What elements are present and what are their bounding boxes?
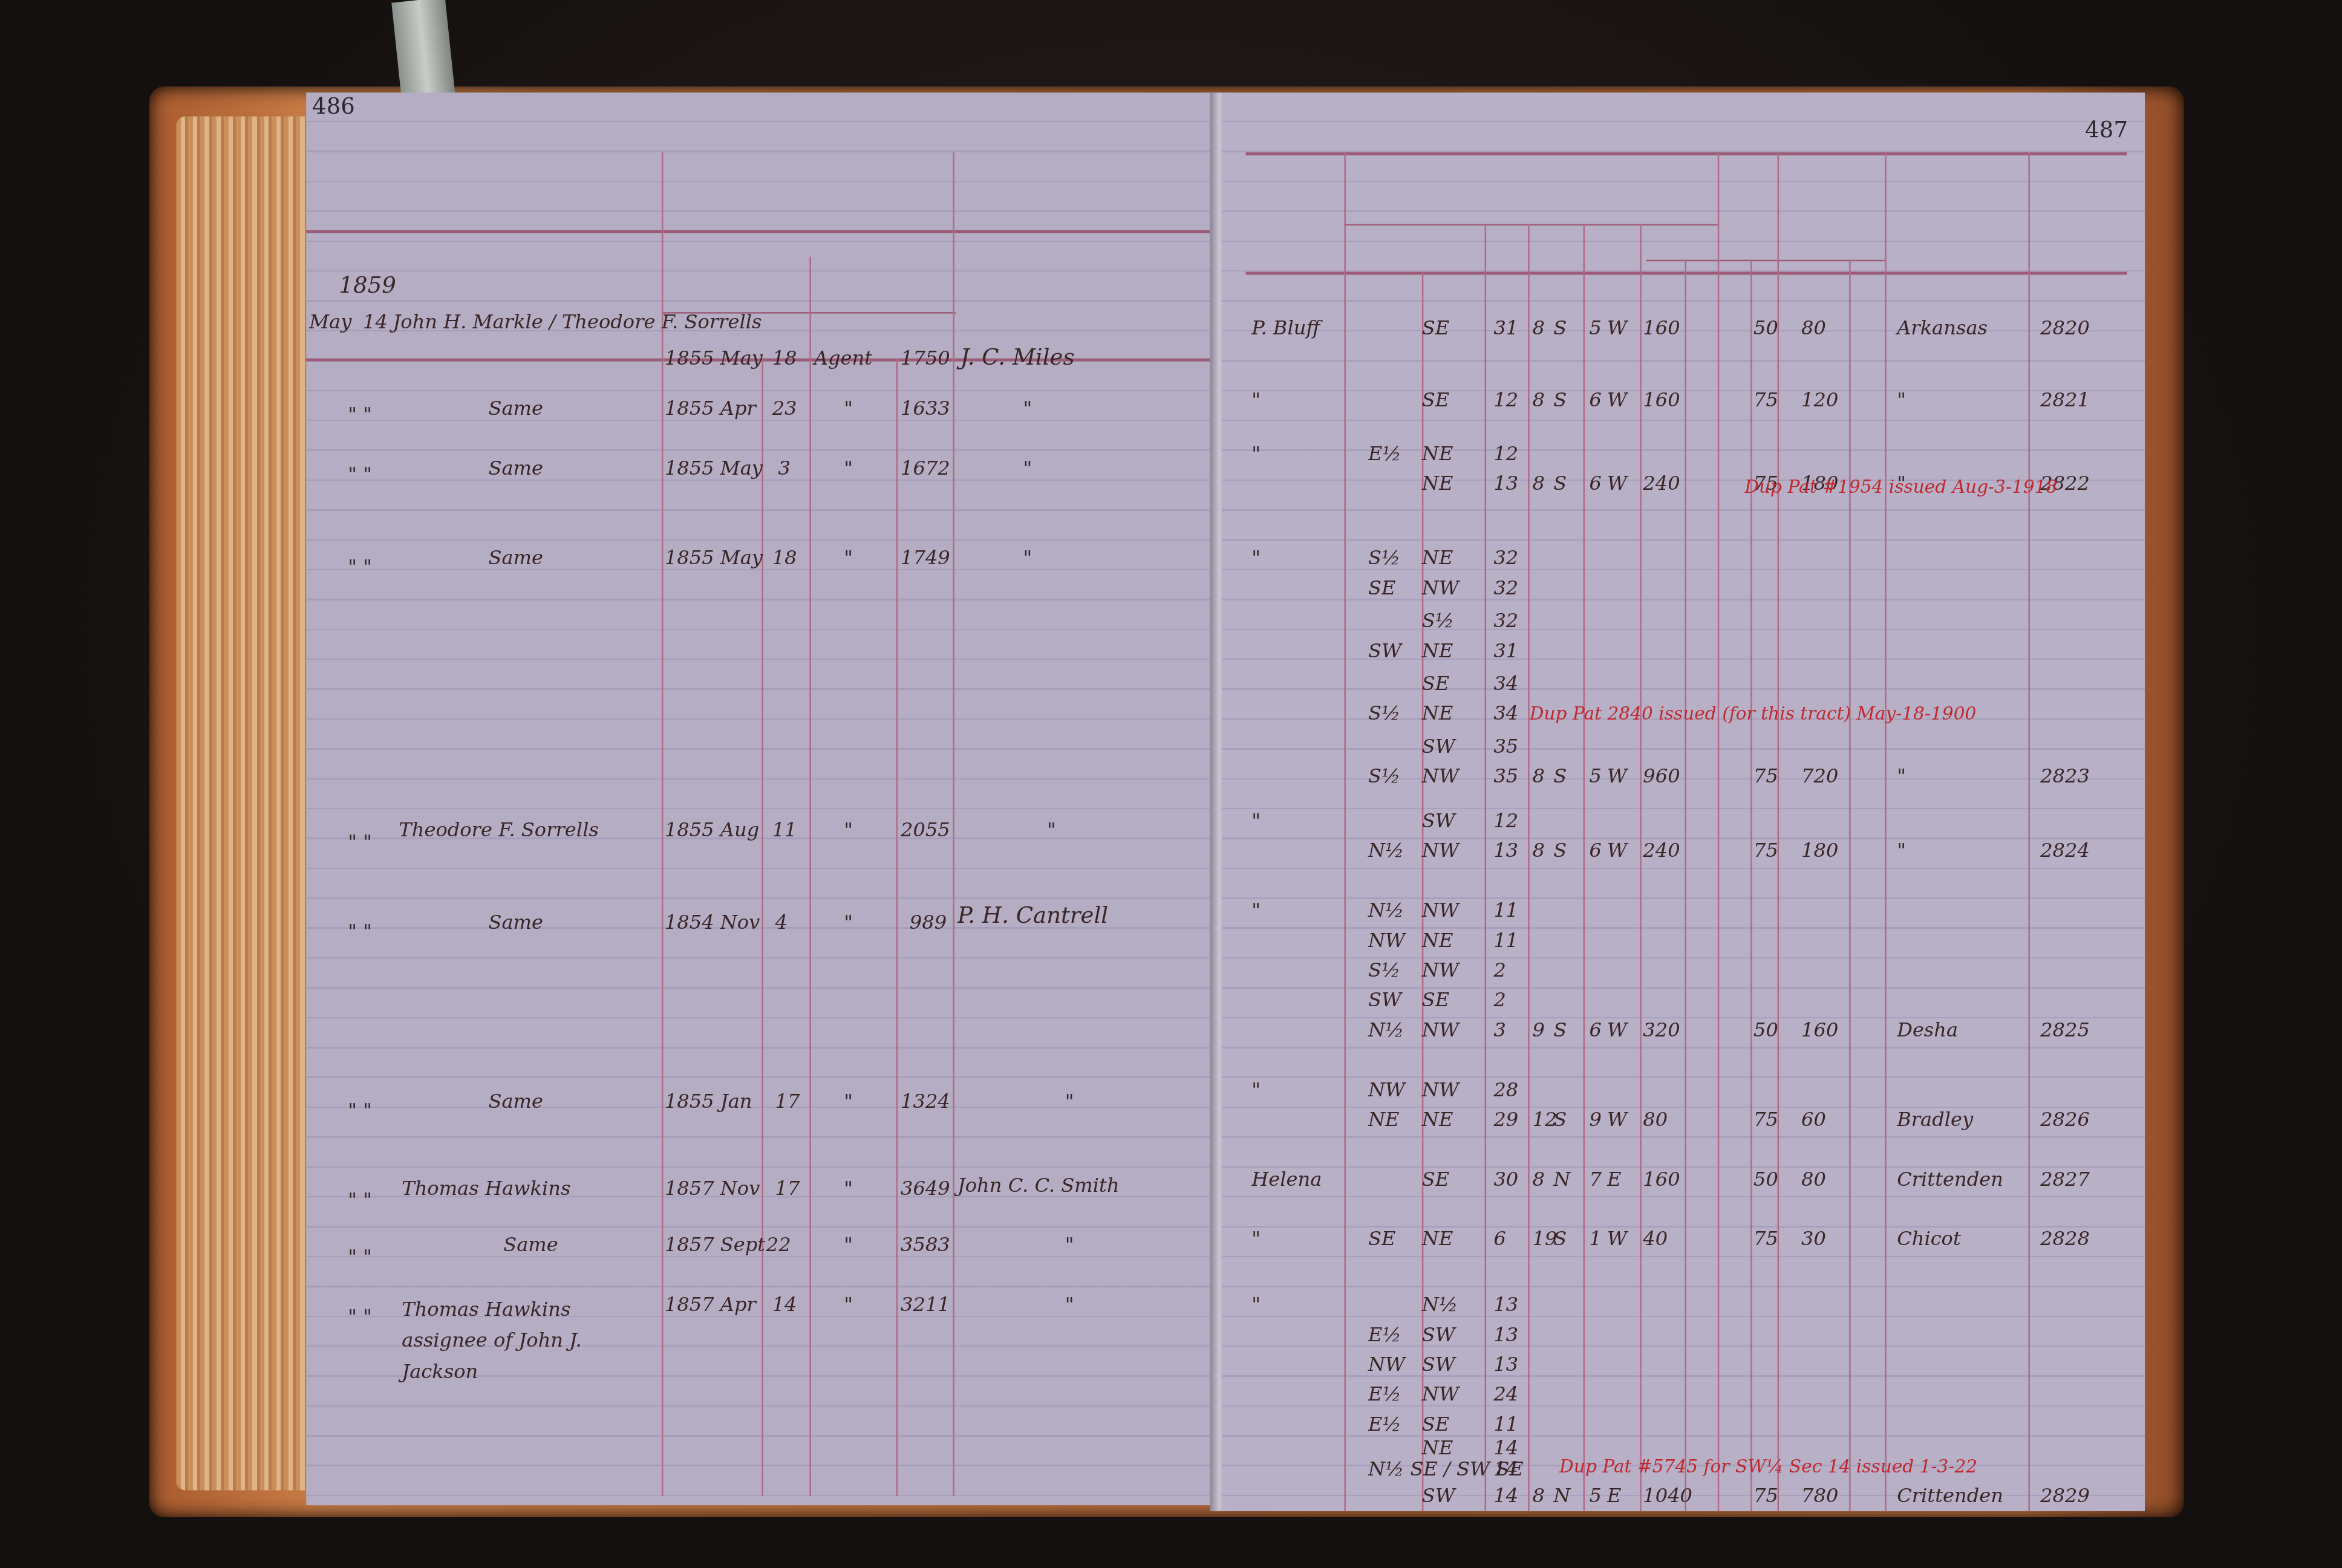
left-page-number: 486 <box>312 93 355 119</box>
quarter-cell: N½ <box>1422 1296 1458 1315</box>
row-date: 1855 May <box>665 460 763 480</box>
page-edges <box>176 117 313 1491</box>
range-cell: 5 <box>1589 767 1601 787</box>
quarter-cell: NE <box>1422 1111 1453 1130</box>
entry-day: 14 <box>363 314 388 333</box>
section-cell: 13 <box>1493 1326 1518 1345</box>
row-ditto: " " <box>348 1192 372 1211</box>
section-cell: 31 <box>1493 319 1518 339</box>
township-cell: 8 <box>1533 391 1545 411</box>
rate-cell: 75 <box>1753 1488 1778 1507</box>
county-cell: Chicot <box>1897 1231 1961 1250</box>
rate-cell: 75 <box>1753 1231 1778 1250</box>
county-cell: Bradley <box>1897 1111 1973 1130</box>
column-rule <box>953 152 954 1496</box>
acres-cell: 1040 <box>1643 1488 1692 1507</box>
patent-number-cell: 2826 <box>2040 1111 2090 1130</box>
section-cell: 11 <box>1493 1416 1518 1435</box>
row-number: 1672 <box>901 460 950 480</box>
quarter-cell: NW <box>1422 767 1459 787</box>
row-day: 22 <box>766 1237 791 1256</box>
patent-number-cell: 2824 <box>2040 842 2090 862</box>
patent-number-cell: 2825 <box>2040 1021 2090 1041</box>
quarter-cell: SE <box>1422 1171 1449 1190</box>
row-name: John H. Markle / Theodore F. Sorrells <box>393 314 762 333</box>
county-cell: Crittenden <box>1897 1171 2003 1190</box>
annotation-dup-patent: Dup Pat #1954 issued Aug-3-1918 <box>1744 478 2057 496</box>
acres-cell: 80 <box>1643 1111 1668 1130</box>
range-cell: 5 <box>1589 1488 1601 1507</box>
amount-cell: 60 <box>1801 1111 1826 1130</box>
office-cell: P. Bluff <box>1251 319 1320 339</box>
row-name: Same <box>488 914 543 933</box>
column-rule <box>896 359 898 1497</box>
section-cell: 35 <box>1493 738 1518 757</box>
row-number: 3649 <box>901 1180 950 1199</box>
range-cell: 6 <box>1589 842 1601 862</box>
row-type: " <box>844 460 853 480</box>
column-rule <box>1750 260 1752 1511</box>
range-dir-cell: W <box>1607 1021 1627 1041</box>
row-name: Same <box>488 1093 543 1113</box>
section-cell: 13 <box>1493 842 1518 862</box>
column-rule <box>1485 224 1486 1511</box>
range-cell: 6 <box>1589 475 1601 494</box>
range-cell: 1 <box>1589 1231 1601 1250</box>
row-day: 14 <box>772 1296 797 1315</box>
aliquot-part-cell: E½ <box>1368 1416 1401 1435</box>
quarter-cell: SE <box>1422 391 1449 411</box>
range-dir-cell: W <box>1607 1111 1627 1130</box>
column-rule <box>1885 152 1886 1511</box>
section-cell: 24 <box>1493 1386 1518 1405</box>
row-number: 989 <box>910 914 947 933</box>
quarter-cell: SW <box>1422 738 1455 757</box>
row-day: 4 <box>775 914 788 933</box>
township-dir-cell: S <box>1553 391 1567 411</box>
range-cell: 6 <box>1589 391 1601 411</box>
section-cell: 2 <box>1493 992 1505 1011</box>
quarter-cell: NE <box>1422 932 1453 951</box>
row-day: 17 <box>775 1180 800 1199</box>
row-date: 1855 May <box>665 550 763 569</box>
section-cell: 34 <box>1493 705 1518 724</box>
quarter-cell: SE <box>1422 1416 1449 1435</box>
office-cell: " <box>1251 812 1261 831</box>
township-cell: 8 <box>1533 842 1545 862</box>
office-cell: " <box>1251 391 1261 411</box>
column-rule <box>1718 152 1719 1511</box>
township-cell: 8 <box>1533 475 1545 494</box>
column-rule <box>2028 152 2029 1511</box>
row-name: Thomas Hawkins <box>402 1180 570 1199</box>
township-cell: 8 <box>1533 1171 1545 1190</box>
row-by: " <box>1065 1296 1074 1315</box>
section-cell: 13 <box>1493 1356 1518 1375</box>
quarter-cell: S½ <box>1422 612 1454 631</box>
row-type: " <box>844 1093 853 1113</box>
aliquot-part-cell: SW <box>1368 992 1401 1011</box>
row-type: " <box>844 400 853 420</box>
aliquot-part-cell: SW <box>1368 642 1401 662</box>
range-dir-cell: W <box>1607 767 1627 787</box>
aliquot-part-cell: SE <box>1368 1231 1395 1250</box>
quarter-cell: SW <box>1422 812 1455 831</box>
township-dir-cell: N <box>1553 1488 1570 1507</box>
quarter-cell: NW <box>1422 902 1459 922</box>
county-cell: Desha <box>1897 1021 1958 1041</box>
row-by: J. C. Miles <box>961 346 1075 369</box>
row-by: John C. C. Smith <box>957 1177 1120 1196</box>
row-type: " <box>844 550 853 569</box>
row-number: 1633 <box>901 400 950 420</box>
row-name: Thomas Hawkins assignee of John J. Jacks… <box>402 1296 656 1389</box>
county-cell: Arkansas <box>1897 319 1988 339</box>
column-rule <box>662 152 663 1496</box>
quarter-cell: NE <box>1422 642 1453 662</box>
row-number: 1749 <box>901 550 950 569</box>
section-cell: 11 <box>1493 932 1518 951</box>
quarter-cell: NE <box>1422 1440 1453 1459</box>
section-cell: 12 <box>1493 445 1518 464</box>
row-by: " <box>1065 1237 1074 1256</box>
rate-cell: 50 <box>1753 1021 1778 1041</box>
row-ditto: " " <box>348 406 372 426</box>
column-rule <box>1849 260 1850 1511</box>
township-cell: 9 <box>1533 1021 1545 1041</box>
row-day: 18 <box>772 550 797 569</box>
township-dir-cell: S <box>1553 1021 1567 1041</box>
row-number: 1324 <box>901 1093 950 1113</box>
township-dir-cell: S <box>1553 767 1567 787</box>
row-ditto: " " <box>348 1248 372 1267</box>
section-cell: 35 <box>1493 767 1518 787</box>
row-ditto: " " <box>348 923 372 942</box>
section-cell: 32 <box>1493 612 1518 631</box>
aliquot-part-cell: S½ <box>1368 550 1400 569</box>
row-by: " <box>1023 460 1032 480</box>
section-cell: 32 <box>1493 579 1518 599</box>
row-type: Agent <box>814 350 872 369</box>
office-cell: " <box>1251 1296 1261 1315</box>
section-cell: 13 <box>1493 1296 1518 1315</box>
quarter-cell: NW <box>1422 961 1459 981</box>
aliquot-part-cell: N½ <box>1368 902 1404 922</box>
quarter-cell: NW <box>1422 1386 1459 1405</box>
row-date: 1854 Nov <box>665 914 760 933</box>
section-cell: 13 <box>1493 475 1518 494</box>
row-type: " <box>844 1296 853 1315</box>
section-cell: 29 <box>1493 1111 1518 1130</box>
row-day: 23 <box>772 400 797 420</box>
patent-number-cell: 2829 <box>2040 1488 2090 1507</box>
row-ditto: " " <box>348 559 372 578</box>
row-date: 1855 Jan <box>665 1093 752 1113</box>
row-ditto: " " <box>348 1102 372 1121</box>
patent-number-cell: 2821 <box>2040 391 2090 411</box>
column-rule <box>1685 260 1686 1511</box>
quarter-cell: NW <box>1422 1021 1459 1041</box>
section-cell: 12 <box>1493 391 1518 411</box>
quarter-cell: NE <box>1422 705 1453 724</box>
acres-cell: 240 <box>1643 475 1680 494</box>
section-cell: 12 <box>1493 812 1518 831</box>
quarter-cell: SW <box>1422 1488 1455 1507</box>
amount-cell: 720 <box>1801 767 1838 787</box>
row-day: 3 <box>778 460 791 480</box>
range-dir-cell: W <box>1607 319 1627 339</box>
rate-cell: 75 <box>1753 767 1778 787</box>
row-day: 17 <box>775 1093 800 1113</box>
row-date: 1855 Aug <box>665 821 759 841</box>
row-day: 18 <box>772 350 797 369</box>
quarter-cell: SW <box>1422 1356 1455 1375</box>
quarter-cell: NW <box>1422 579 1459 599</box>
column-rule <box>1344 152 1345 1511</box>
row-by: " <box>1047 821 1056 841</box>
section-cell: 28 <box>1493 1081 1518 1101</box>
range-dir-cell: E <box>1607 1488 1621 1507</box>
county-cell: " <box>1897 391 1906 411</box>
row-date: 1857 Nov <box>665 1180 760 1199</box>
aliquot-part-cell: S½ <box>1368 961 1400 981</box>
row-date: 1857 Apr <box>665 1296 756 1315</box>
acres-cell: 960 <box>1643 767 1680 787</box>
section-cell: 14 <box>1493 1488 1518 1507</box>
quarter-cell: NW <box>1422 842 1459 862</box>
amount-cell: 780 <box>1801 1488 1838 1507</box>
column-rule <box>809 257 811 1497</box>
amount-cell: 180 <box>1801 842 1838 862</box>
acres-cell: 40 <box>1643 1231 1668 1250</box>
row-name: Same <box>488 400 543 420</box>
left-page: 486 1859 May 14 John H. Markle / Theodor… <box>306 93 1220 1505</box>
section-cell: 3 <box>1493 1021 1505 1041</box>
patent-number-cell: 2828 <box>2040 1231 2090 1250</box>
row-name: Same <box>488 460 543 480</box>
acres-cell: 160 <box>1643 391 1680 411</box>
column-rule <box>762 359 763 1497</box>
range-cell: 6 <box>1589 1021 1601 1041</box>
range-cell: 5 <box>1589 319 1601 339</box>
quarter-cell: NE <box>1422 445 1453 464</box>
aliquot-part-cell: NW <box>1368 932 1405 951</box>
office-cell: " <box>1251 902 1261 922</box>
column-rule <box>1778 152 1779 1511</box>
row-ditto: " " <box>348 1308 372 1327</box>
row-type: " <box>844 914 853 933</box>
range-dir-cell: E <box>1607 1171 1621 1190</box>
aliquot-part-cell: NW <box>1368 1081 1405 1101</box>
aliquot-part-cell: E½ <box>1368 445 1401 464</box>
range-dir-cell: W <box>1607 475 1627 494</box>
quarter-cell: SW <box>1422 1326 1455 1345</box>
township-dir-cell: N <box>1553 1171 1570 1190</box>
row-date: 1857 Sept <box>665 1237 765 1256</box>
column-rule <box>1584 224 1585 1511</box>
township-dir-cell: S <box>1553 842 1567 862</box>
quarter-cell: SE <box>1422 675 1449 694</box>
quarter-cell: NW <box>1422 1081 1459 1101</box>
entry-month: May <box>309 314 351 333</box>
county-cell: Crittenden <box>1897 1488 2003 1507</box>
aliquot-part-cell: E½ <box>1368 1386 1401 1405</box>
range-cell: 9 <box>1589 1111 1601 1130</box>
row-by: " <box>1023 550 1032 569</box>
row-number: 3583 <box>901 1237 950 1256</box>
office-cell: " <box>1251 550 1261 569</box>
section-cell: 30 <box>1493 1171 1518 1190</box>
row-ditto: " " <box>348 466 372 485</box>
section-cell: 2 <box>1493 961 1505 981</box>
header-rule-mid <box>1344 224 1717 225</box>
amount-cell: 80 <box>1801 1171 1826 1190</box>
aliquot-part-cell: S½ <box>1368 705 1400 724</box>
annotation-dup-patent: Dup Pat 2840 issued (for this tract) May… <box>1530 705 1977 723</box>
rate-cell: 50 <box>1753 1171 1778 1190</box>
row-name: Same <box>488 550 543 569</box>
row-date: 1855 Apr <box>665 400 756 420</box>
township-cell: 8 <box>1533 1488 1545 1507</box>
row-name: Theodore F. Sorrells <box>399 821 599 841</box>
aliquot-part-cell: NW <box>1368 1356 1405 1375</box>
row-type: " <box>844 1180 853 1199</box>
rate-cell: 50 <box>1753 319 1778 339</box>
column-rule <box>1528 224 1529 1511</box>
amount-cell: 160 <box>1801 1021 1838 1041</box>
range-cell: 7 <box>1589 1171 1601 1190</box>
amount-cell: 30 <box>1801 1231 1826 1250</box>
acres-cell: 160 <box>1643 1171 1680 1190</box>
row-by: " <box>1023 400 1032 420</box>
range-dir-cell: W <box>1607 842 1627 862</box>
row-by: " <box>1065 1093 1074 1113</box>
row-date: 1855 May <box>665 350 763 369</box>
row-number: 3211 <box>901 1296 950 1315</box>
right-page: 487 P. BluffSE318S5W1605080Arkansas2820"… <box>1222 93 2145 1511</box>
aliquot-part-cell: N½ <box>1368 842 1404 862</box>
county-cell: " <box>1897 767 1906 787</box>
quarter-cell: SE <box>1422 319 1449 339</box>
annotation-dup-patent: Dup Pat #5745 for SW¼ Sec 14 issued 1-3-… <box>1559 1457 1977 1475</box>
section-cell: 14 <box>1493 1440 1518 1459</box>
rate-cell: 75 <box>1753 842 1778 862</box>
township-dir-cell: S <box>1553 475 1567 494</box>
range-dir-cell: W <box>1607 391 1627 411</box>
quarter-cell: NE <box>1422 475 1453 494</box>
row-name: Same <box>503 1237 558 1256</box>
acres-cell: 320 <box>1643 1021 1680 1041</box>
township-dir-cell: S <box>1553 1231 1567 1250</box>
rate-cell: 75 <box>1753 1111 1778 1130</box>
header-rule-top <box>306 230 1210 233</box>
township-cell: 8 <box>1533 319 1545 339</box>
section-cell: 6 <box>1493 1231 1505 1250</box>
row-by: P. H. Cantrell <box>957 905 1108 927</box>
acres-cell: 240 <box>1643 842 1680 862</box>
rate-cell: 75 <box>1753 391 1778 411</box>
column-rule <box>1640 224 1641 1511</box>
township-dir-cell: S <box>1553 1111 1567 1130</box>
section-cell: 34 <box>1493 675 1518 694</box>
amount-cell: 120 <box>1801 391 1838 411</box>
row-number: 2055 <box>901 821 950 841</box>
row-ditto: " " <box>348 833 372 853</box>
range-dir-cell: W <box>1607 1231 1627 1250</box>
aliquot-part-cell: E½ <box>1368 1326 1401 1345</box>
aliquot-part-cell: S½ <box>1368 767 1400 787</box>
quarter-cell: NE <box>1422 550 1453 569</box>
amount-cell: 80 <box>1801 319 1826 339</box>
township-dir-cell: S <box>1553 319 1567 339</box>
row-number: 1750 <box>901 350 950 369</box>
office-cell: " <box>1251 1081 1261 1101</box>
entry-year: 1859 <box>339 275 396 297</box>
aliquot-part-cell: N½ <box>1368 1021 1404 1041</box>
row-day: 11 <box>772 821 797 841</box>
quarter-cell: SE <box>1422 992 1449 1011</box>
office-cell: " <box>1251 1231 1261 1250</box>
acres-cell: 160 <box>1643 319 1680 339</box>
row-type: " <box>844 821 853 841</box>
aliquot-part-cell: SE <box>1368 579 1395 599</box>
section-cell: 14 <box>1493 1460 1518 1480</box>
office-cell: Helena <box>1251 1171 1322 1190</box>
township-cell: 8 <box>1533 767 1545 787</box>
patent-number-cell: 2827 <box>2040 1171 2090 1190</box>
office-cell: " <box>1251 445 1261 464</box>
section-cell: 31 <box>1493 642 1518 662</box>
section-cell: 11 <box>1493 902 1518 922</box>
aliquot-part-cell: NE <box>1368 1111 1400 1130</box>
row-type: " <box>844 1237 853 1256</box>
patent-number-cell: 2820 <box>2040 319 2090 339</box>
quarter-cell: NE <box>1422 1231 1453 1250</box>
county-cell: " <box>1897 842 1906 862</box>
header-rule-top <box>1245 152 2127 155</box>
right-page-number: 487 <box>2085 117 2128 143</box>
section-cell: 32 <box>1493 550 1518 569</box>
patent-number-cell: 2823 <box>2040 767 2090 787</box>
